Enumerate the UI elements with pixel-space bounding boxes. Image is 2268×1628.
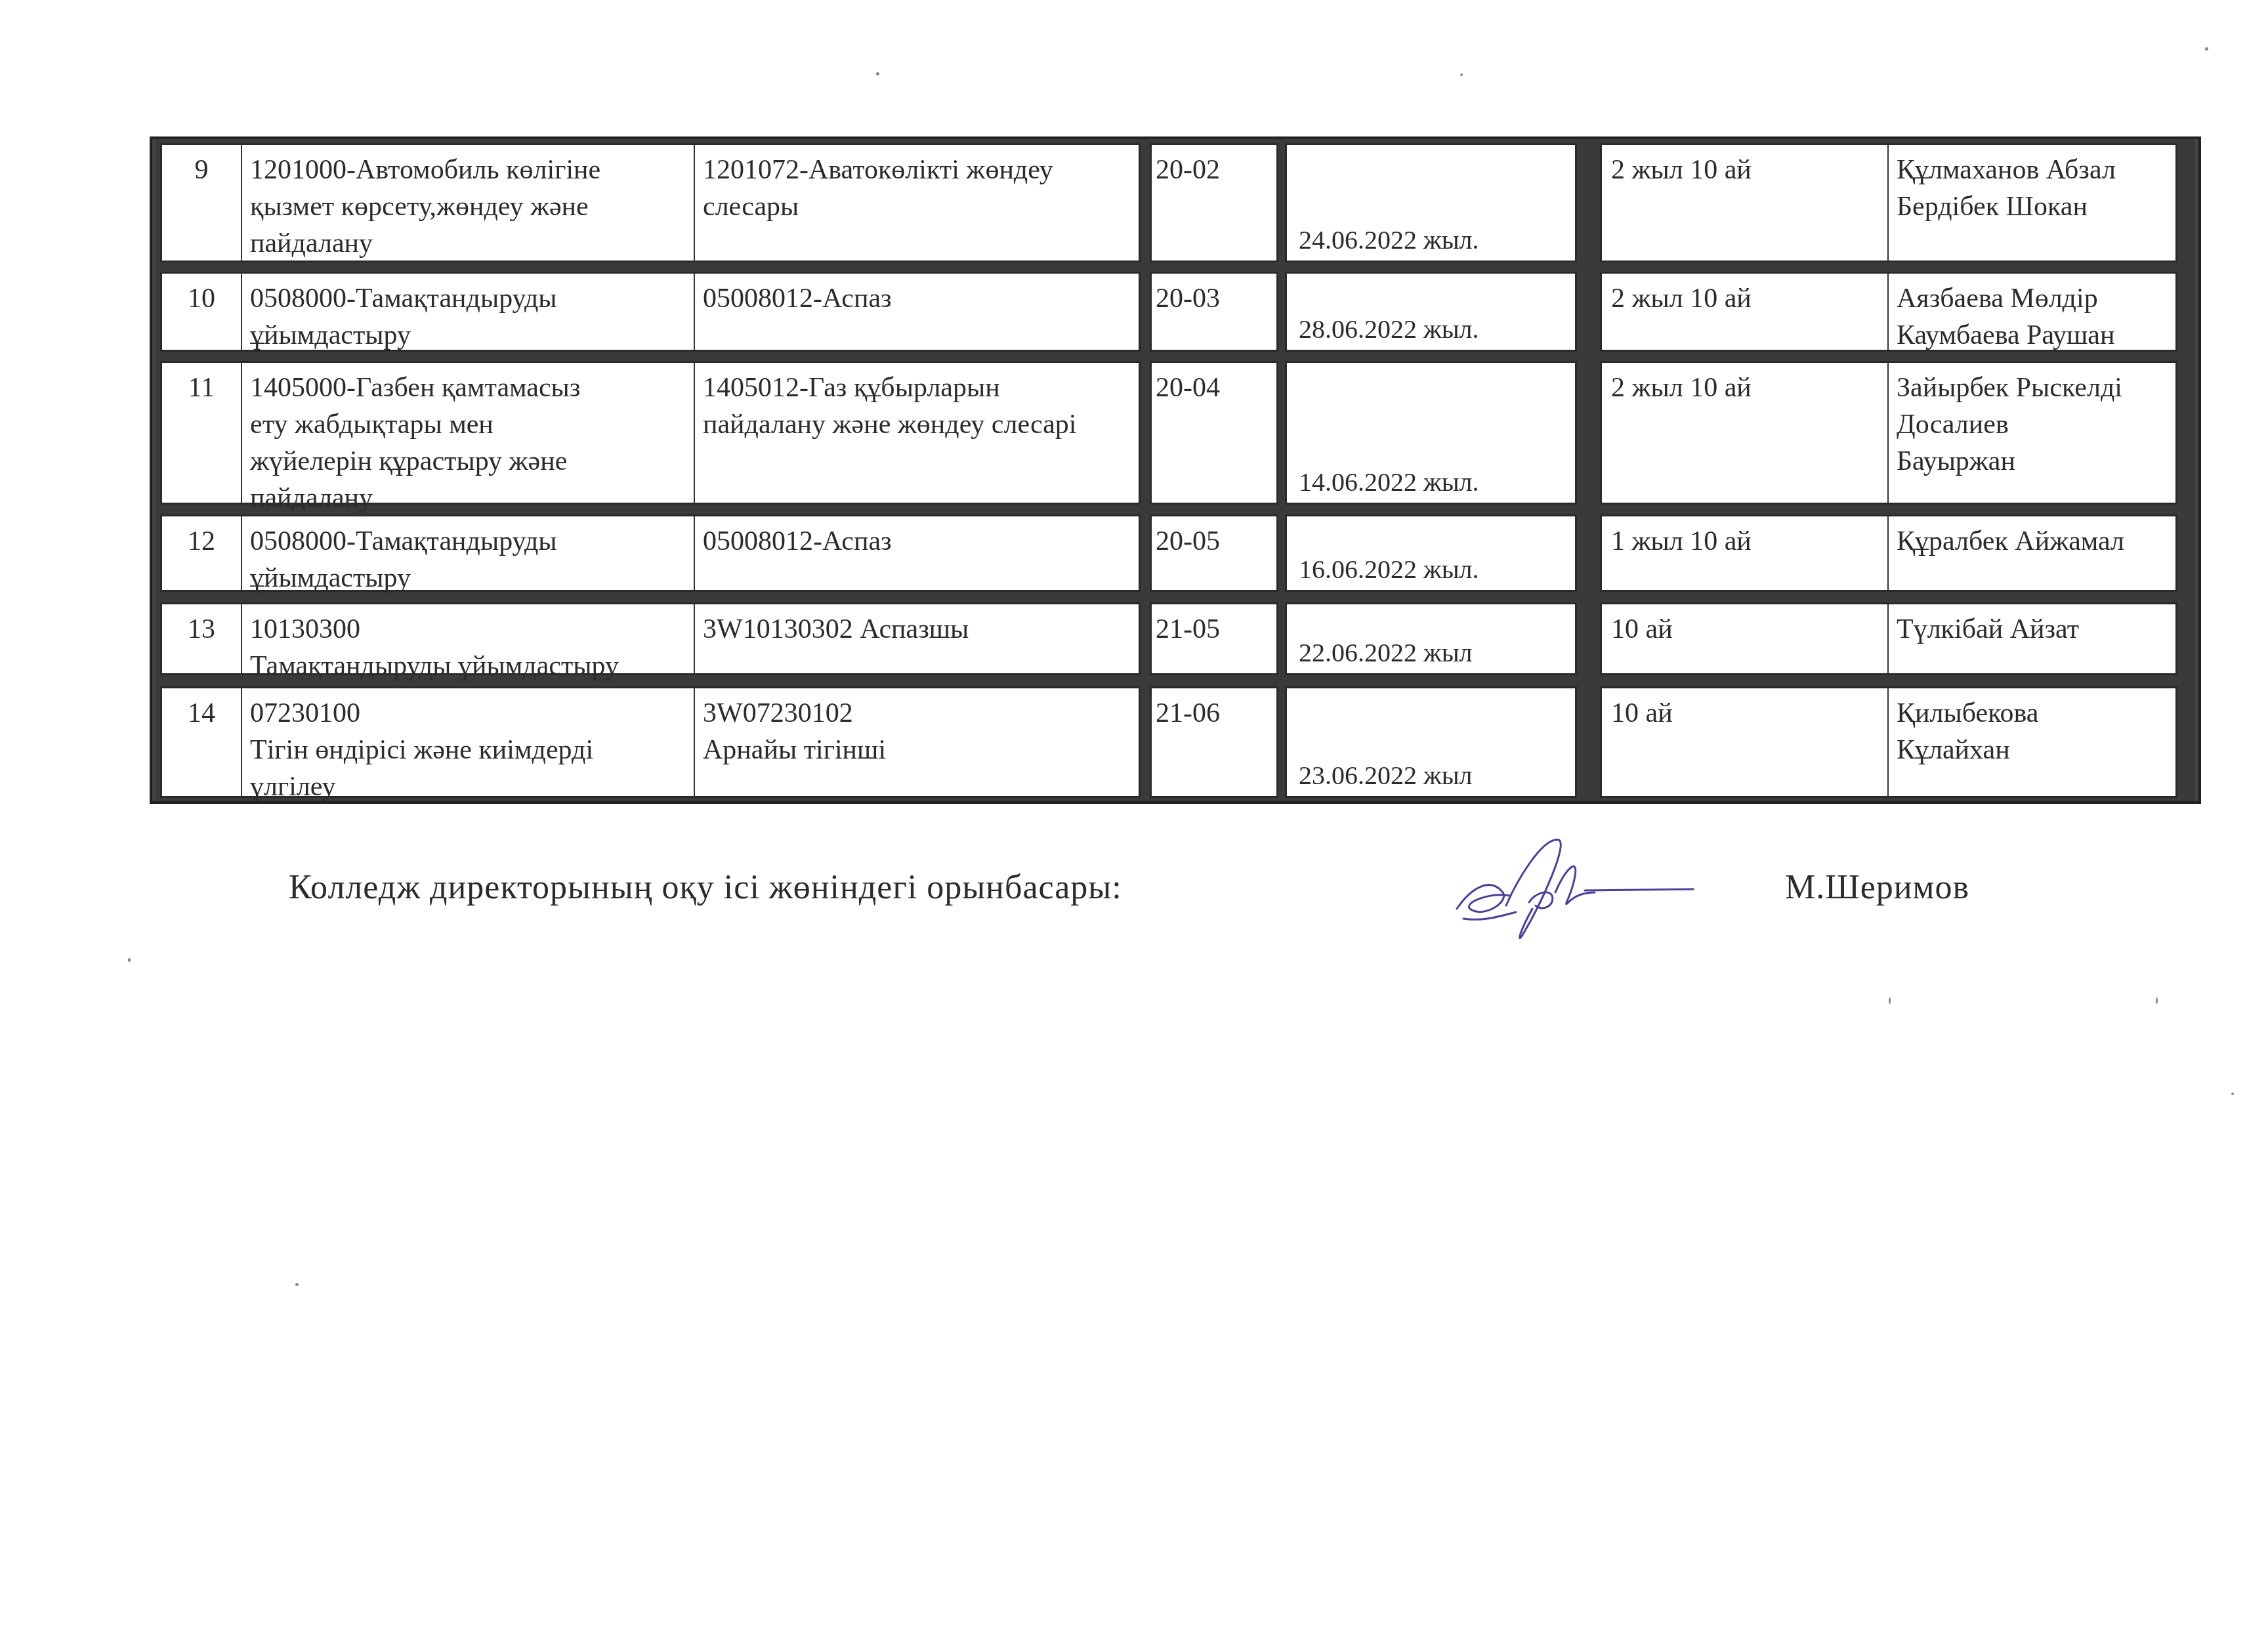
table-row: 91201000-Автомобиль көлігіне қызмет көрс… [156,143,2194,262]
cell-group: 10 айҚилыбекова Кұлайхан [1600,686,2177,798]
cell-qualification: 05008012-Аспаз [694,516,1143,590]
cell-num: 9 [162,145,241,261]
cell-group: 20-02 [1152,145,1280,261]
completion-date: 22.06.2022 жыл [1299,635,1472,671]
cell-date: 16.06.2022 жыл. [1287,516,1579,590]
cell-group: 20-05 [1150,514,1278,592]
table-row: 1407230100 Тігін өндірісі және киімдерді… [156,686,2194,798]
completion-date: 23.06.2022 жыл [1299,758,1472,793]
scan-speck [876,72,879,75]
scan-speck [295,1283,299,1286]
cell-students: Құралбек Айжамал [1887,516,2179,590]
cell-num: 14 [162,688,241,796]
scan-speck [1460,73,1463,76]
cell-group: 2 жыл 10 айҚұлмаханов Абзал Бердібек Шок… [1600,143,2177,262]
cell-group: 21-05 [1150,602,1278,675]
cell-specialty: 1201000-Автомобиль көлігіне қызмет көрсе… [241,145,694,261]
cell-duration: 2 жыл 10 ай [1602,274,1887,350]
completion-date: 24.06.2022 жыл. [1299,222,1479,258]
cell-qualification: 1405012-Газ құбырларын пайдалану және жө… [694,363,1143,503]
cell-group: 21-05 [1152,604,1280,673]
cell-students: Түлкібай Айзат [1887,604,2179,673]
cell-group: 91201000-Автомобиль көлігіне қызмет көрс… [160,143,1141,262]
cell-group: 20-02 [1150,143,1278,262]
completion-date: 16.06.2022 жыл. [1299,552,1479,587]
cell-specialty: 1405000-Газбен қамтамасыз ету жабдықтары… [241,363,694,503]
cell-group: 111405000-Газбен қамтамасыз ету жабдықта… [160,361,1141,505]
cell-specialty: 0508000-Тамақтандыруды ұйымдастыру [241,516,694,590]
table-row: 120508000-Тамақтандыруды ұйымдастыру0500… [156,514,2194,592]
cell-duration: 1 жыл 10 ай [1602,516,1887,590]
completion-date: 14.06.2022 жыл. [1299,465,1479,500]
cell-num: 12 [162,516,241,590]
cell-duration: 10 ай [1602,604,1887,673]
cell-date: 28.06.2022 жыл. [1287,274,1579,350]
cell-group: 120508000-Тамақтандыруды ұйымдастыру0500… [160,514,1141,592]
cell-date: 23.06.2022 жыл [1287,688,1579,796]
cell-group: 2 жыл 10 айЗайырбек Рыскелді Досалиев Ба… [1600,361,2177,505]
signatory-name-wrap: М.Шеримов [1785,865,1969,911]
cell-num: 10 [162,274,241,350]
cell-group: 1407230100 Тігін өндірісі және киімдерді… [160,686,1141,798]
table-row: 1310130300 Тамақтандыруды ұйымдастыру3W1… [156,602,2194,675]
cell-group: 2 жыл 10 айАязбаева Мөлдір Каумбаева Рау… [1600,272,2177,352]
cell-group: 100508000-Тамақтандыруды ұйымдастыру0500… [160,272,1141,352]
cell-group: 16.06.2022 жыл. [1285,514,1577,592]
cell-specialty: 10130300 Тамақтандыруды ұйымдастыру [241,604,694,673]
cell-date: 24.06.2022 жыл. [1287,145,1579,261]
cell-students: Аязбаева Мөлдір Каумбаева Раушан [1887,274,2179,350]
cell-duration: 10 ай [1602,688,1887,796]
scan-speck [1889,997,1891,1004]
table-row: 100508000-Тамақтандыруды ұйымдастыру0500… [156,272,2194,352]
scan-speck [2205,47,2208,51]
scan-speck [128,958,131,962]
signatory-position: Колледж директорының оқу ісі жөніндегі о… [289,869,1122,906]
table-row: 111405000-Газбен қамтамасыз ету жабдықта… [156,361,2194,505]
cell-group: 20-04 [1150,361,1278,505]
cell-group: 20-03 [1150,272,1278,352]
cell-specialty: 0508000-Тамақтандыруды ұйымдастыру [241,274,694,350]
cell-group: 21-06 [1152,688,1280,796]
cell-qualification: 1201072-Аватокөлікті жөндеу слесары [694,145,1143,261]
cell-group: 24.06.2022 жыл. [1285,143,1577,262]
signature-line: Колледж директорының оқу ісі жөніндегі о… [289,865,1122,911]
cell-group: 21-06 [1150,686,1278,798]
cell-qualification: 05008012-Аспаз [694,274,1143,350]
cell-group: 20-03 [1152,274,1280,350]
handwritten-signature [1444,830,1719,948]
cell-group: 20-05 [1152,516,1280,590]
cell-group: 1 жыл 10 айҚұралбек Айжамал [1600,514,2177,592]
cell-date: 14.06.2022 жыл. [1287,363,1579,503]
cell-specialty: 07230100 Тігін өндірісі және киімдерді ү… [241,688,694,796]
cell-students: Қилыбекова Кұлайхан [1887,688,2179,796]
cell-date: 22.06.2022 жыл [1287,604,1579,673]
cell-group: 22.06.2022 жыл [1285,602,1577,675]
cell-students: Құлмаханов Абзал Бердібек Шокан [1887,145,2179,261]
cell-group: 23.06.2022 жыл [1285,686,1577,798]
scan-speck [2231,1093,2234,1095]
cell-group: 20-04 [1152,363,1280,503]
scan-speck [2156,997,2158,1004]
cell-qualification: 3W10130302 Аспазшы [694,604,1143,673]
data-table: 91201000-Автомобиль көлігіне қызмет көрс… [150,136,2201,804]
cell-students: Зайырбек Рыскелді Досалиев Бауыржан [1887,363,2179,503]
cell-num: 13 [162,604,241,673]
cell-group: 1310130300 Тамақтандыруды ұйымдастыру3W1… [160,602,1141,675]
cell-qualification: 3W07230102 Арнайы тігінші [694,688,1143,796]
cell-group: 28.06.2022 жыл. [1285,272,1577,352]
cell-group: 14.06.2022 жыл. [1285,361,1577,505]
signatory-name: М.Шеримов [1785,869,1969,906]
cell-duration: 2 жыл 10 ай [1602,363,1887,503]
cell-duration: 2 жыл 10 ай [1602,145,1887,261]
cell-num: 11 [162,363,241,503]
cell-group: 10 айТүлкібай Айзат [1600,602,2177,675]
completion-date: 28.06.2022 жыл. [1299,312,1479,347]
